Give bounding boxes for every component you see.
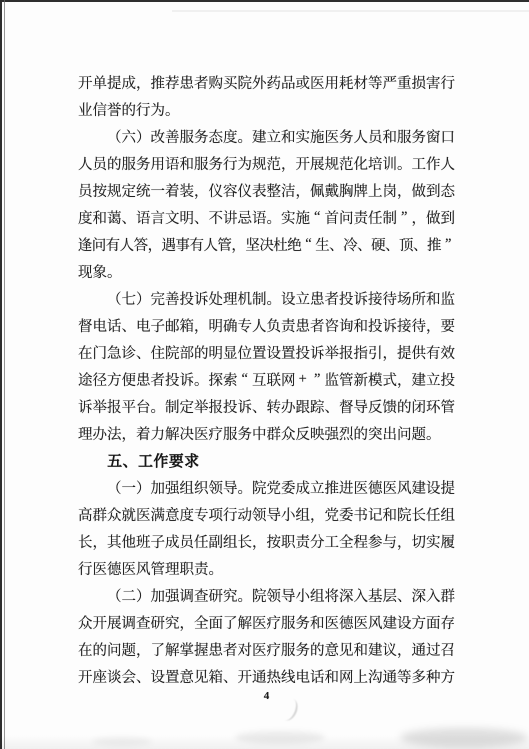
glyph: 或 (296, 72, 311, 93)
glyph: ， (296, 180, 311, 201)
glyph: 员 (180, 531, 195, 552)
glyph: 服 (223, 423, 238, 444)
glyph: 人 (78, 153, 93, 174)
glyph: 口 (441, 126, 456, 147)
glyph: 职 (281, 531, 296, 552)
glyph: 范 (267, 153, 282, 174)
glyph: 诉 (180, 369, 195, 390)
glyph: 线 (281, 666, 296, 687)
glyph: 突 (368, 423, 383, 444)
glyph: 副 (209, 531, 224, 552)
glyph: 建 (383, 612, 398, 633)
glyph: 织 (194, 477, 209, 498)
page-number: 4 (78, 690, 455, 702)
glyph: 要 (441, 315, 456, 336)
glyph: 和 (354, 639, 369, 660)
glyph: 存 (441, 612, 456, 633)
glyph: 现 (78, 261, 93, 282)
glyph: 有 (190, 234, 204, 255)
glyph: 领 (267, 585, 282, 606)
glyph: 实 (296, 126, 311, 147)
glyph: ， (194, 315, 209, 336)
glyph: “ (238, 371, 253, 388)
glyph: 工 (325, 531, 340, 552)
glyph: 箱 (209, 666, 224, 687)
glyph: 明 (180, 207, 195, 228)
glyph: 联 (267, 369, 282, 390)
glyph: 委 (339, 504, 354, 525)
glyph: 长 (78, 531, 93, 552)
glyph: 委 (281, 477, 296, 498)
glyph: 了 (223, 612, 238, 633)
glyph: 子 (151, 315, 166, 336)
glyph: 和 (426, 288, 441, 309)
glyph: 为 (151, 99, 166, 120)
glyph: ， (281, 153, 296, 174)
glyph: 文 (165, 207, 180, 228)
glyph: 设 (267, 342, 282, 363)
glyph: 范 (339, 153, 354, 174)
glyph: 投 (339, 288, 354, 309)
glyph: 中 (252, 423, 267, 444)
glyph: 制 (165, 396, 180, 417)
glyph: 、 (223, 666, 238, 687)
text-line: 长，其他班子成员任副组长，按职责分工全程参与，切实履 (78, 528, 455, 555)
glyph: 服 (281, 612, 296, 633)
glyph: 风 (368, 612, 383, 633)
text-line: 高群众就医满意度专项行动领导小组，党委书记和院长任组 (78, 501, 455, 528)
glyph: ” (441, 236, 455, 253)
glyph: 会 (122, 666, 137, 687)
glyph: 将 (325, 585, 340, 606)
glyph: 风 (397, 477, 412, 498)
glyph: 题 (122, 639, 137, 660)
glyph: 冷 (343, 234, 357, 255)
glyph: 态 (441, 180, 456, 201)
glyph: 人 (120, 234, 134, 255)
glyph: 过 (426, 639, 441, 660)
glyph: 。 (426, 423, 441, 444)
glyph: 管 (218, 234, 232, 255)
glyph: 举 (93, 396, 108, 417)
glyph: 调 (122, 612, 137, 633)
glyph: 举 (325, 342, 340, 363)
glyph: 实 (426, 531, 441, 552)
glyph: 显 (223, 342, 238, 363)
glyph: 首 (325, 207, 340, 228)
glyph: 途 (78, 369, 93, 390)
glyph: 反 (368, 396, 383, 417)
glyph: 院 (252, 477, 267, 498)
glyph: 题 (412, 423, 427, 444)
glyph: 逢 (78, 234, 92, 255)
glyph: 诉 (383, 315, 398, 336)
glyph: 作 (153, 450, 168, 471)
glyph: 窗 (426, 126, 441, 147)
glyph: 有 (106, 234, 120, 255)
glyph: 办 (281, 396, 296, 417)
glyph: 者 (310, 315, 325, 336)
glyph: 调 (180, 585, 195, 606)
glyph: 求 (184, 450, 199, 471)
glyph: 党 (267, 477, 282, 498)
glyph: 的 (194, 342, 209, 363)
glyph: 专 (238, 315, 253, 336)
glyph: 投 (180, 288, 195, 309)
glyph: 式 (383, 369, 398, 390)
glyph: 药 (267, 72, 282, 93)
glyph: 医 (310, 72, 325, 93)
glyph: 者 (194, 72, 209, 93)
glyph: ， (122, 423, 137, 444)
glyph: 顶 (399, 234, 413, 255)
glyph: 踪 (310, 396, 325, 417)
glyph: 设 (426, 477, 441, 498)
glyph: 烈 (339, 423, 354, 444)
glyph: 为 (238, 153, 253, 174)
text-line: 开座谈会、设置意见箱、开通热线电话和网上沟通等多种方 (78, 663, 455, 690)
glyph: 其 (107, 531, 122, 552)
glyph: 环 (426, 396, 441, 417)
glyph: 态 (209, 126, 224, 147)
text-line: （六）改善服务态度。建立和实施医务人员和服务窗口 (78, 123, 455, 150)
glyph: 人 (204, 234, 218, 255)
text-line: 五、工作要求 (78, 447, 455, 474)
glyph: + (296, 371, 311, 388)
scan-seam (172, 10, 529, 12)
glyph: 住 (151, 342, 166, 363)
glyph: 面 (426, 612, 441, 633)
text-line: （七）完善投诉处理机制。设立患者投诉接待场所和监 (78, 285, 455, 312)
glyph: ， (180, 612, 195, 633)
glyph: 了 (151, 639, 166, 660)
glyph: 管 (339, 369, 354, 390)
glyph: 品 (281, 72, 296, 93)
glyph: 务 (136, 153, 151, 174)
glyph: 施 (310, 126, 325, 147)
glyph: 书 (354, 504, 369, 525)
glyph: 确 (223, 315, 238, 336)
glyph: ， (194, 180, 209, 201)
glyph: 患 (209, 639, 224, 660)
glyph: 就 (122, 504, 137, 525)
glyph: ） (136, 288, 151, 309)
text-line: 开单提成，推荐患者购买院外药品或医用耗材等严重损害行 (78, 69, 455, 96)
glyph: 强 (325, 423, 340, 444)
glyph: 行 (223, 153, 238, 174)
glyph: 做 (426, 207, 441, 228)
glyph: 召 (441, 639, 456, 660)
glyph: 要 (169, 450, 184, 471)
glyph: 反 (296, 423, 311, 444)
glyph: 举 (194, 396, 209, 417)
section-heading: 五、工作要求 (78, 447, 455, 474)
glyph: 问 (397, 423, 412, 444)
glyph: 话 (310, 666, 325, 687)
glyph: 患 (310, 288, 325, 309)
glyph: 、 (136, 342, 151, 363)
glyph: 按 (93, 180, 108, 201)
glyph: 研 (209, 585, 224, 606)
glyph: 决 (260, 234, 274, 255)
glyph: 座 (93, 666, 108, 687)
glyph: ， (397, 531, 412, 552)
glyph: 院 (238, 72, 253, 93)
paragraph: （六）改善服务态度。建立和实施医务人员和服务窗口人员的服务用语和服务行为规范，开… (78, 123, 455, 285)
glyph: 诉 (354, 288, 369, 309)
glyph: 到 (426, 180, 441, 201)
glyph: 讲 (223, 207, 238, 228)
glyph: 和 (383, 504, 398, 525)
glyph: 通 (383, 666, 398, 687)
glyph: 工 (138, 450, 153, 471)
glyph: 者 (151, 369, 166, 390)
glyph: 方 (412, 612, 427, 633)
glyph: 沟 (368, 666, 383, 687)
glyph: 待 (383, 288, 398, 309)
glyph: ， (136, 639, 151, 660)
glyph: 服 (281, 639, 296, 660)
glyph: 组 (310, 585, 325, 606)
glyph: 耗 (339, 72, 354, 93)
paragraph: 开单提成，推荐患者购买院外药品或医用耗材等严重损害行业信誉的行为。 (78, 69, 455, 123)
glyph: 急 (107, 342, 122, 363)
glyph: 查 (136, 612, 151, 633)
glyph: 究 (165, 612, 180, 633)
glyph: 力 (151, 423, 166, 444)
text-line: 业信誉的行为。 (78, 96, 455, 123)
glyph: 遇 (162, 234, 176, 255)
glyph: 风 (136, 558, 151, 579)
scan-smudge (400, 728, 528, 747)
glyph: 蔼 (107, 207, 122, 228)
glyph: 统 (136, 180, 151, 201)
glyph: 设 (151, 666, 166, 687)
glyph: （ (107, 477, 122, 498)
glyph: 按 (267, 531, 282, 552)
glyph: 馈 (383, 396, 398, 417)
glyph: ， (148, 234, 162, 255)
glyph: 服 (397, 126, 412, 147)
glyph: 立 (267, 126, 282, 147)
text-line: 在门急诊、住院部的明显位置设置投诉举报指引，提供有效 (78, 339, 455, 366)
glyph: 和 (281, 126, 296, 147)
text-line: 诉举报平台。制定举报投诉、转办跟踪、督导反馈的闭环管 (78, 393, 455, 420)
glyph: 门 (93, 342, 108, 363)
glyph: 。 (397, 153, 412, 174)
glyph: 坚 (246, 234, 260, 255)
paragraph: （一）加强组织领导。院党委成立推进医德医风建设提高群众就医满意度专项行动领导小组… (78, 474, 455, 582)
glyph: 害 (426, 72, 441, 93)
glyph: 位 (238, 342, 253, 363)
glyph: 报 (107, 396, 122, 417)
glyph: 映 (310, 423, 325, 444)
glyph: 责 (194, 558, 209, 579)
glyph: 建 (368, 639, 383, 660)
glyph: 服 (180, 126, 195, 147)
glyph: 和 (310, 612, 325, 633)
glyph: 人 (354, 126, 369, 147)
glyph: 成 (296, 477, 311, 498)
glyph: 电 (93, 315, 108, 336)
glyph: 投 (296, 342, 311, 363)
glyph: 容 (223, 180, 238, 201)
scanned-document-page: 开单提成，推荐患者购买院外药品或医用耗材等严重损害行业信誉的行为。（六）改善服务… (0, 0, 529, 749)
glyph: 接 (397, 315, 412, 336)
glyph: 见 (339, 639, 354, 660)
glyph: 置 (165, 666, 180, 687)
glyph: 的 (397, 396, 412, 417)
glyph: 多 (412, 666, 427, 687)
glyph: 务 (339, 126, 354, 147)
glyph: 实 (281, 207, 296, 228)
text-line: 现象。 (78, 258, 455, 285)
text-line: 众开展调查研究，全面了解医疗服务和医德医风建设方面存 (78, 609, 455, 636)
glyph: 立 (426, 369, 441, 390)
glyph: 平 (122, 396, 137, 417)
glyph: 开 (296, 153, 311, 174)
glyph: 转 (267, 396, 282, 417)
glyph: 、 (413, 234, 427, 255)
glyph: 长 (412, 504, 427, 525)
glyph: 和 (180, 153, 195, 174)
glyph: 务 (296, 612, 311, 633)
scan-edge-top (0, 0, 529, 2)
glyph: 医 (354, 612, 369, 633)
glyph: 议 (383, 639, 398, 660)
glyph: 规 (325, 153, 340, 174)
glyph: 动 (238, 504, 253, 525)
glyph: 探 (209, 369, 224, 390)
paragraph: （二）加强调查研究。院领导小组将深入基层、深入群众开展调查研究，全面了解医疗服务… (78, 582, 455, 690)
glyph: 导 (223, 477, 238, 498)
glyph: 众 (281, 423, 296, 444)
text-line: 度和蔼、语言文明、不讲忌语。实施“首问责任制”，做到 (78, 204, 455, 231)
glyph: 通 (252, 666, 267, 687)
glyph: 五 (107, 450, 122, 471)
glyph: ， (136, 72, 151, 93)
glyph: 新 (354, 369, 369, 390)
glyph: 有 (426, 342, 441, 363)
glyph: 成 (165, 531, 180, 552)
glyph: 场 (397, 288, 412, 309)
glyph: 买 (223, 72, 238, 93)
glyph: 上 (354, 666, 369, 687)
glyph: 行 (78, 558, 93, 579)
glyph: ， (397, 639, 412, 660)
glyph: 语 (136, 207, 151, 228)
glyph: 全 (194, 612, 209, 633)
glyph: 和 (354, 315, 369, 336)
glyph: 荐 (165, 72, 180, 93)
glyph: 设 (397, 612, 412, 633)
glyph: 导 (267, 504, 282, 525)
glyph: 任 (194, 531, 209, 552)
glyph: 明 (209, 342, 224, 363)
glyph: 牌 (354, 180, 369, 201)
glyph: 投 (368, 315, 383, 336)
glyph: ） (136, 477, 151, 498)
glyph: 务 (296, 639, 311, 660)
glyph: 。 (238, 126, 253, 147)
glyph: 深 (412, 585, 427, 606)
glyph: 诉 (310, 342, 325, 363)
glyph: 组 (296, 504, 311, 525)
glyph: 、 (397, 585, 412, 606)
glyph: 强 (165, 585, 180, 606)
glyph: 医 (383, 477, 398, 498)
glyph: 建 (412, 369, 427, 390)
glyph: 切 (412, 531, 427, 552)
glyph: 疗 (209, 423, 224, 444)
glyph: 履 (441, 531, 456, 552)
glyph: 监 (441, 288, 456, 309)
glyph: 言 (151, 207, 166, 228)
glyph: 互 (252, 369, 267, 390)
glyph: 忌 (238, 207, 253, 228)
glyph: 培 (368, 153, 383, 174)
glyph: 办 (93, 423, 108, 444)
glyph: 不 (209, 207, 224, 228)
glyph: 善 (165, 288, 180, 309)
glyph: 六 (122, 126, 137, 147)
glyph: 建 (252, 126, 267, 147)
glyph: 。 (107, 261, 122, 282)
glyph: 索 (223, 369, 238, 390)
glyph: 推 (427, 234, 441, 255)
glyph: 者 (223, 639, 238, 660)
glyph: 径 (93, 369, 108, 390)
glyph: 小 (296, 585, 311, 606)
glyph: 部 (180, 342, 195, 363)
glyph: 推 (151, 72, 166, 93)
glyph: 项 (209, 504, 224, 525)
glyph: 责 (354, 207, 369, 228)
glyph: 层 (383, 585, 398, 606)
glyph: 电 (136, 315, 151, 336)
glyph: 问 (92, 234, 106, 255)
glyph: 参 (368, 531, 383, 552)
glyph: 二 (122, 585, 137, 606)
glyph: 着 (165, 180, 180, 201)
glyph: 党 (325, 504, 340, 525)
glyph: 化 (354, 153, 369, 174)
glyph: ， (310, 504, 325, 525)
glyph: 机 (238, 288, 253, 309)
glyph: 众 (78, 612, 93, 633)
glyph: 展 (310, 153, 325, 174)
glyph: 的 (107, 153, 122, 174)
glyph: “ (310, 209, 325, 226)
glyph: 单 (93, 72, 108, 93)
glyph: 岗 (383, 180, 398, 201)
glyph: ， (252, 531, 267, 552)
glyph: 语 (252, 207, 267, 228)
glyph: （ (107, 126, 122, 147)
glyph: 任 (426, 504, 441, 525)
glyph: 的 (122, 99, 137, 120)
text-line: （二）加强调查研究。院领导小组将深入基层、深入群 (78, 582, 455, 609)
glyph: 医 (325, 612, 340, 633)
glyph: 人 (441, 153, 456, 174)
glyph: ） (136, 126, 151, 147)
glyph: 到 (441, 207, 456, 228)
text-line: 督电话、电子邮箱，明确专人负责患者咨询和投诉接待，要 (78, 312, 455, 339)
glyph: 在 (78, 639, 93, 660)
glyph: 组 (180, 477, 195, 498)
glyph: 。 (194, 369, 209, 390)
glyph: 置 (252, 342, 267, 363)
